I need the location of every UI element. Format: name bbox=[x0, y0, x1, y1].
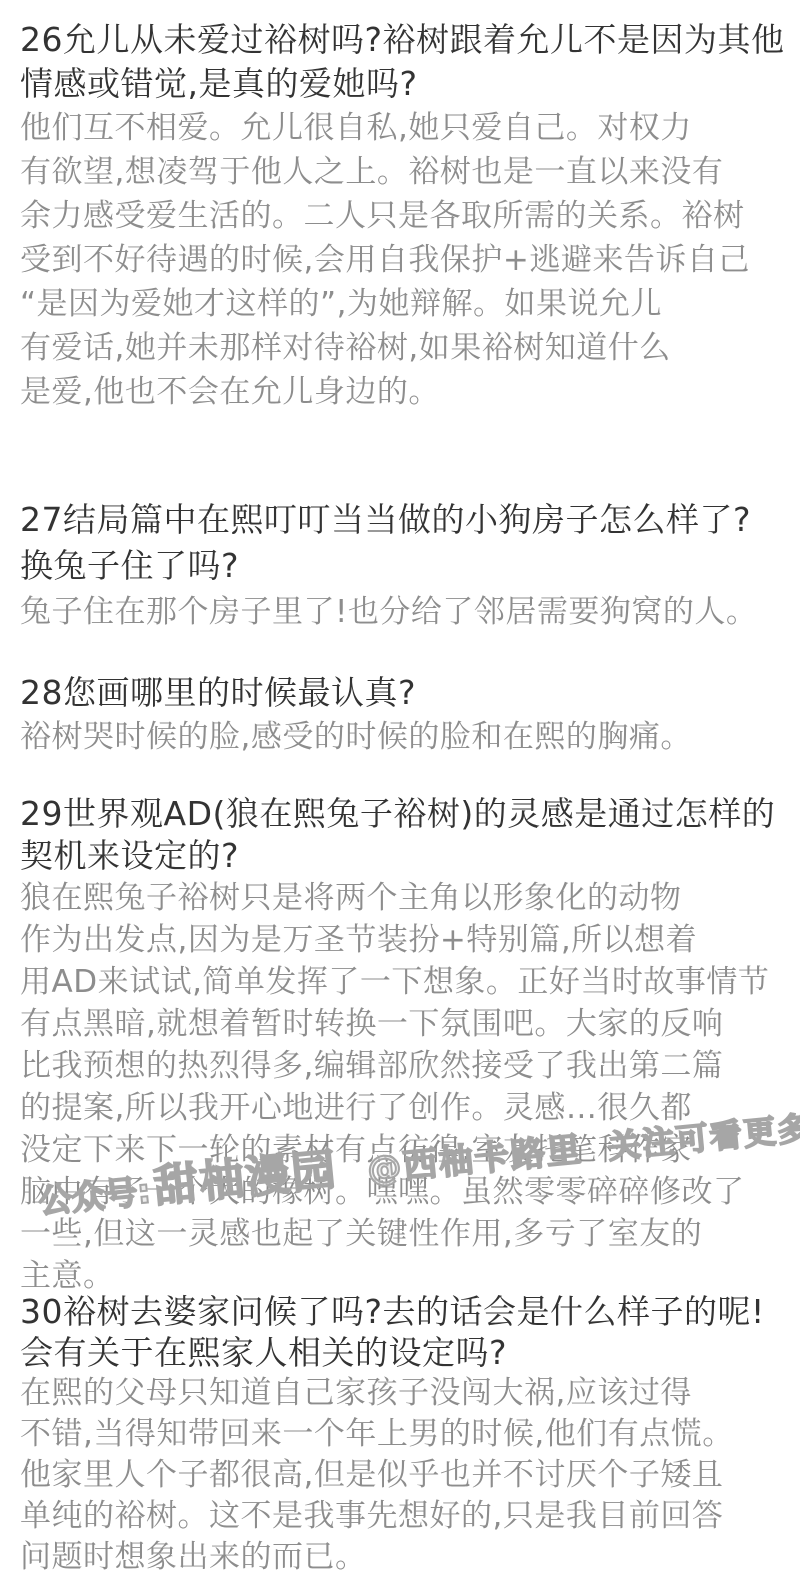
qa-section-28: 28您画哪里的时候最认真?裕树哭时候的脸,感受的时候的脸和在熙的胸痛。 bbox=[20, 670, 780, 760]
answer-line: 作为出发点,因为是万圣节装扮+特别篇,所以想着 bbox=[20, 919, 780, 961]
answer-line: 的提案,所以我开心地进行了创作。灵感…很久都 bbox=[20, 1087, 780, 1129]
question-line: 29世界观AD(狼在熙兔子裕树)的灵感是通过怎样的 bbox=[20, 793, 780, 835]
answer-line: 问题时想象出来的而已。 bbox=[20, 1537, 780, 1578]
question-line: 30裕树去婆家问候了吗?去的话会是什么样子的呢! bbox=[20, 1291, 780, 1332]
qa-section-30: 30裕树去婆家问候了吗?去的话会是什么样子的呢!会有关于在熙家人相关的设定吗?在… bbox=[20, 1291, 780, 1578]
answer-line: 有欲望,想凌驾于他人之上。裕树也是一直以来没有 bbox=[20, 150, 780, 194]
answer-line: 不错,当得知带回来一个年上男的时候,他们有点慌。 bbox=[20, 1414, 780, 1455]
answer-line: 狼在熙兔子裕树只是将两个主角以形象化的动物 bbox=[20, 877, 780, 919]
question-line: 情感或错觉,是真的爱她吗? bbox=[20, 62, 780, 106]
answer-line: 他们互不相爱。允儿很自私,她只爱自己。对权力 bbox=[20, 106, 780, 150]
answer-line: 比我预想的热烈得多,编辑部欣然接受了我出第二篇 bbox=[20, 1045, 780, 1087]
answer-line: 在熙的父母只知道自己家孩子没闯大祸,应该过得 bbox=[20, 1373, 780, 1414]
qa-section-26: 26允儿从未爱过裕树吗?裕树跟着允儿不是因为其他情感或错觉,是真的爱她吗?他们互… bbox=[20, 18, 780, 414]
question-line: 27结局篇中在熙叮叮当当做的小狗房子怎么样了? bbox=[20, 497, 780, 543]
question-line: 契机来设定的? bbox=[20, 835, 780, 877]
answer-line: 兔子住在那个房子里了!也分给了邻居需要狗窝的人。 bbox=[20, 589, 780, 635]
answer-line: 他家里人个子都很高,但是似乎也并不讨厌个子矮且 bbox=[20, 1455, 780, 1496]
answer-line: “是因为爱她才这样的”,为她辩解。如果说允儿 bbox=[20, 282, 780, 326]
qa-section-29: 29世界观AD(狼在熙兔子裕树)的灵感是通过怎样的契机来设定的?狼在熙兔子裕树只… bbox=[20, 793, 780, 1297]
answer-line: 一些,但这一灵感也起了关键性作用,多亏了室友的 bbox=[20, 1213, 780, 1255]
answer-line: 没定下来下一轮的素材有点彷徨,室友托笔科作家 bbox=[20, 1129, 780, 1171]
answer-line: 是爱,他也不会在允儿身边的。 bbox=[20, 370, 780, 414]
answer-line: 有爱话,她并未那样对待裕树,如果裕树知道什么 bbox=[20, 326, 780, 370]
answer-line: 有点黑暗,就想着暂时转换一下氛围吧。大家的反响 bbox=[20, 1003, 780, 1045]
answer-line: 脑中有了一个大的橡树。嘿嘿。虽然零零碎碎修改了 bbox=[20, 1171, 780, 1213]
question-line: 26允儿从未爱过裕树吗?裕树跟着允儿不是因为其他 bbox=[20, 18, 780, 62]
question-line: 28您画哪里的时候最认真? bbox=[20, 670, 780, 715]
answer-line: 受到不好待遇的时候,会用自我保护+逃避来告诉自己 bbox=[20, 238, 780, 282]
qa-section-27: 27结局篇中在熙叮叮当当做的小狗房子怎么样了?换兔子住了吗?兔子住在那个房子里了… bbox=[20, 497, 780, 635]
answer-line: 单纯的裕树。这不是我事先想好的,只是我目前回答 bbox=[20, 1496, 780, 1537]
qa-document: 26允儿从未爱过裕树吗?裕树跟着允儿不是因为其他情感或错觉,是真的爱她吗?他们互… bbox=[0, 0, 800, 1585]
answer-line: 裕树哭时候的脸,感受的时候的脸和在熙的胸痛。 bbox=[20, 715, 780, 760]
answer-line: 余力感受爱生活的。二人只是各取所需的关系。裕树 bbox=[20, 194, 780, 238]
question-line: 会有关于在熙家人相关的设定吗? bbox=[20, 1332, 780, 1373]
question-line: 换兔子住了吗? bbox=[20, 543, 780, 589]
answer-line: 用AD来试试,简单发挥了一下想象。正好当时故事情节 bbox=[20, 961, 780, 1003]
